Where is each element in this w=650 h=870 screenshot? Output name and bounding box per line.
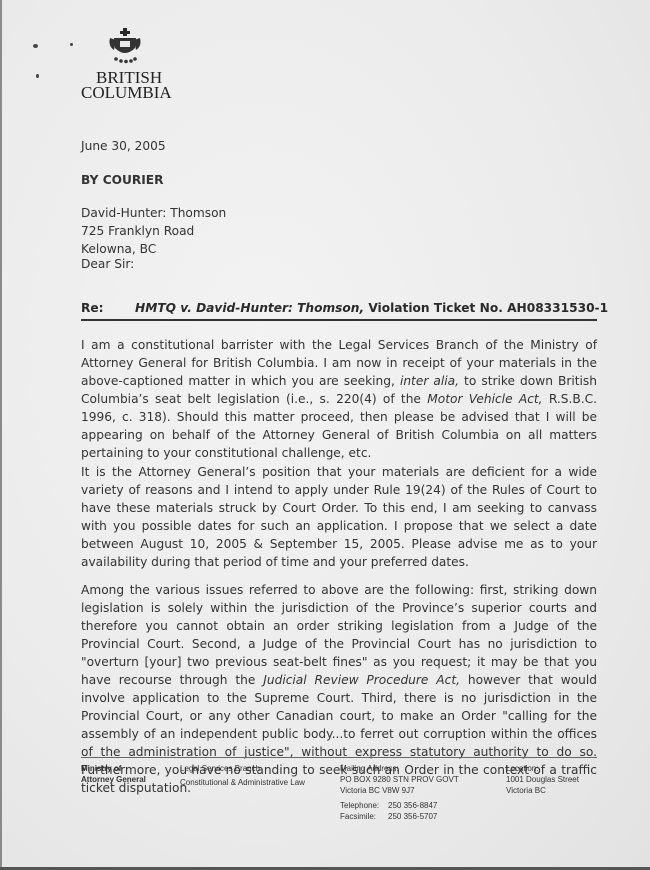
- paragraph-text: Among the various issues referred to abo…: [81, 583, 597, 687]
- footer-contact: Telephone:250 356-8847 Facsimile:250 356…: [340, 800, 437, 822]
- recipient-street: 725 Franklyn Road: [81, 222, 226, 240]
- subject-line: Re:HMTQ v. David-Hunter: Thomson, Violat…: [81, 301, 597, 315]
- scan-left-edge: [0, 0, 2, 870]
- recipient-address: David-Hunter: Thomson 725 Franklyn Road …: [81, 204, 226, 258]
- subject-underline: [81, 319, 597, 321]
- italic-text: Motor Vehicle Act,: [427, 392, 542, 406]
- footer-divider: [81, 757, 597, 758]
- paragraph-1: I am a constitutional barrister with the…: [81, 336, 597, 462]
- footer-location-label: Location:: [506, 763, 579, 774]
- footer-mailing-line: PO BOX 9280 STN PROV GOVT: [340, 774, 459, 785]
- subject-label: Re:: [81, 301, 135, 315]
- telephone-number: 250 356-8847: [388, 801, 437, 810]
- scan-speck: [33, 44, 38, 48]
- scan-speck: [36, 74, 39, 78]
- salutation: Dear Sir:: [81, 255, 134, 273]
- facsimile-number: 250 356-5707: [388, 812, 437, 821]
- footer-ministry-line: Attorney General: [81, 774, 146, 785]
- footer-ministry-line: Ministry of: [81, 763, 146, 774]
- ticket-number: Violation Ticket No. AH08331530-1: [364, 301, 608, 315]
- letter-page: BRITISH COLUMBIA June 30, 2005 BY COURIE…: [0, 0, 650, 870]
- footer-location: Location: 1001 Douglas Street Victoria B…: [506, 763, 579, 796]
- logo-text-columbia: COLUMBIA: [81, 83, 172, 103]
- italic-text: inter alia,: [400, 374, 459, 388]
- letter-date: June 30, 2005: [81, 137, 166, 155]
- footer-location-line: 1001 Douglas Street: [506, 774, 579, 785]
- footer-branch: Legal Services Branch Constitutional & A…: [180, 763, 305, 788]
- scan-speck: [70, 43, 73, 46]
- recipient-name: David-Hunter: Thomson: [81, 204, 226, 222]
- facsimile-label: Facsimile:: [340, 811, 388, 822]
- footer-mailing-line: Victoria BC V8W 9J7: [340, 785, 459, 796]
- case-title: HMTQ v. David-Hunter: Thomson,: [135, 301, 364, 315]
- footer-mailing-address: Mailing Address: PO BOX 9280 STN PROV GO…: [340, 763, 459, 796]
- footer-location-line: Victoria BC: [506, 785, 579, 796]
- paragraph-2: It is the Attorney General’s position th…: [81, 463, 597, 571]
- telephone-label: Telephone:: [340, 800, 388, 811]
- footer-mailing-label: Mailing Address:: [340, 763, 459, 774]
- italic-text: Judicial Review Procedure Act,: [263, 673, 460, 687]
- coat-of-arms-icon: [108, 26, 142, 66]
- footer-division: Constitutional & Administrative Law: [180, 777, 305, 788]
- delivery-method: BY COURIER: [81, 171, 164, 189]
- footer-ministry: Ministry of Attorney General: [81, 763, 146, 785]
- footer-branch-name: Legal Services Branch: [180, 763, 305, 774]
